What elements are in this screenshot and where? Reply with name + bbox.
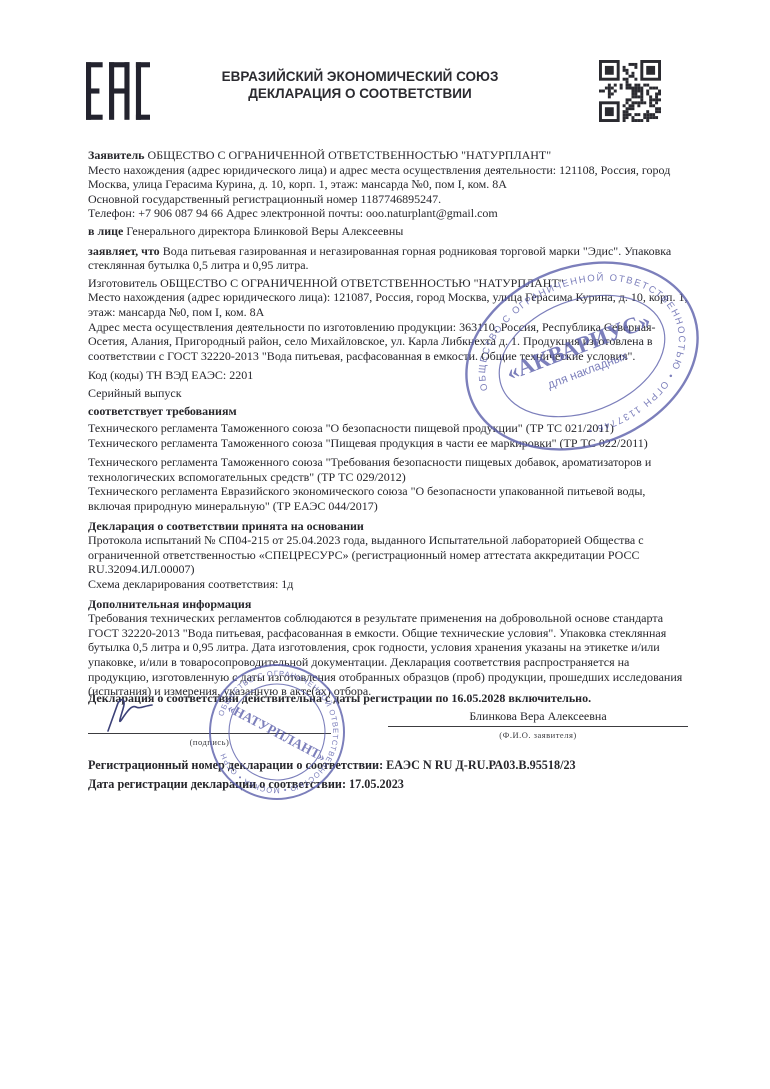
paragraph-applicant: Заявитель ОБЩЕСТВО С ОГРАНИЧЕННОЙ ОТВЕТС…	[88, 148, 688, 221]
paragraph-complies-heading: соответствует требованиям	[88, 404, 688, 419]
eac-mark-icon	[86, 62, 150, 120]
document-title: ЕВРАЗИЙСКИЙ ЭКОНОМИЧЕСКИЙ СОЮЗ ДЕКЛАРАЦИ…	[170, 69, 550, 102]
signature-scribble-icon	[102, 697, 172, 735]
paragraph-serial: Серийный выпуск	[88, 386, 688, 401]
registration-number-line: Регистрационный номер декларации о соотв…	[88, 758, 688, 773]
paragraph-basis: Декларация о соответствии принята на осн…	[88, 519, 688, 592]
paragraph-product: заявляет, что Вода питьевая газированная…	[88, 244, 688, 273]
paragraph-regulations-1: Технического регламента Таможенного союз…	[88, 421, 688, 450]
signature-section: Декларация о соответствии действительна …	[88, 691, 688, 791]
paragraph-additional-info: Дополнительная информация Требования тех…	[88, 597, 688, 699]
paragraph-representative: в лице Генерального директора Блинковой …	[88, 224, 688, 239]
title-line-1: ЕВРАЗИЙСКИЙ ЭКОНОМИЧЕСКИЙ СОЮЗ	[170, 69, 550, 86]
signature-caption: (подпись)	[88, 734, 331, 750]
signature-row: (подпись) Блинкова Вера Алексеевна (Ф.И.…	[88, 709, 688, 750]
title-line-2: ДЕКЛАРАЦИЯ О СООТВЕТСТВИИ	[170, 86, 550, 103]
holder-name: Блинкова Вера Алексеевна	[388, 709, 688, 728]
validity-statement: Декларация о соответствии действительна …	[88, 691, 688, 706]
registration-date-line: Дата регистрации декларации о соответств…	[88, 777, 688, 792]
declaration-document-page: ЕВРАЗИЙСКИЙ ЭКОНОМИЧЕСКИЙ СОЮЗ ДЕКЛАРАЦИ…	[0, 0, 770, 1089]
qr-code-icon	[599, 60, 661, 122]
registration-block: Регистрационный номер декларации о соотв…	[88, 758, 688, 791]
holder-area: Блинкова Вера Алексеевна (Ф.И.О. заявите…	[388, 709, 688, 750]
holder-caption: (Ф.И.О. заявителя)	[388, 727, 688, 743]
signature-area: (подпись)	[88, 709, 331, 750]
paragraph-regulations-2: Технического регламента Таможенного союз…	[88, 455, 688, 513]
document-body: Заявитель ОБЩЕСТВО С ОГРАНИЧЕННОЙ ОТВЕТС…	[88, 148, 688, 702]
paragraph-manufacturer: Изготовитель ОБЩЕСТВО С ОГРАНИЧЕННОЙ ОТВ…	[88, 276, 688, 364]
paragraph-tnved-code: Код (коды) ТН ВЭД ЕАЭС: 2201	[88, 368, 688, 383]
